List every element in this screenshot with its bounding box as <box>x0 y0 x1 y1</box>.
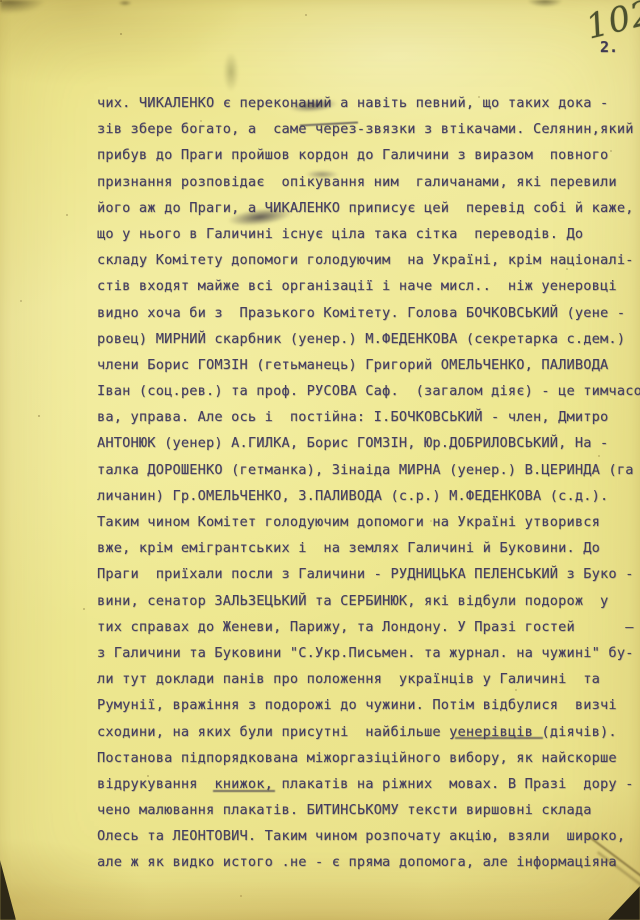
text-line: признання розповідає опікування ним гали… <box>97 169 637 195</box>
ink-smudge <box>223 52 239 92</box>
text-line: тих справах до Женеви, Парижу, та Лондон… <box>97 614 637 640</box>
underline-mark <box>213 790 275 792</box>
text-line: Олесь та ЛЕОНТОВИЧ. Таким чином розпочат… <box>97 823 637 849</box>
underline-mark <box>455 737 543 739</box>
text-line: Праги приїхали посли з Галичини - РУДНИЦ… <box>97 561 637 587</box>
top-left-stain <box>0 0 46 14</box>
typed-text-block: чих. ЧИКАЛЕНКО є переконаний а навіть пе… <box>97 90 637 876</box>
text-line: відрукування книжок, плакатів на ріжних … <box>97 771 637 797</box>
scanned-paper-background: 102 2. чих. ЧИКАЛЕНКО є переконаний а на… <box>0 0 640 920</box>
top-right-stain <box>528 0 562 7</box>
text-line: ли тут доклади панів про положення украї… <box>97 666 637 692</box>
text-line: складу Комітету допомоги голодуючим на У… <box>97 247 637 273</box>
text-line: Румунії, вражіння з подорожі до чужини. … <box>97 692 637 718</box>
text-line: його аж до Праги, а ЧИКАЛЕНКО приписує ц… <box>97 195 637 221</box>
text-line: чено малювання плакатів. БИТИНСЬКОМУ тек… <box>97 797 637 823</box>
text-line: ровец) МИРНИЙ скарбник (уенер.) М.ФЕДЕНК… <box>97 326 637 352</box>
text-line: з Галичини та Буковини "С.Укр.Письмен. т… <box>97 640 637 666</box>
text-line: личанин) Гр.ОМЕЛЬЧЕНКО, З.ПАЛИВОДА (с.р.… <box>97 483 637 509</box>
text-line: прибув до Праги пройшов кордон до Галичи… <box>97 142 637 168</box>
ink-smudge <box>305 170 339 179</box>
bottom-edge-shading <box>0 882 640 920</box>
text-line: але ж як видко истого .не - є пряма допо… <box>97 849 637 875</box>
typed-page-number: 2. <box>600 38 618 56</box>
text-line: зів збере богато, а саме через-звязки з … <box>97 116 637 142</box>
top-edge-stain <box>118 0 132 6</box>
text-line: сходини, на яких були присутні найбільше… <box>97 719 637 745</box>
text-line: Постанова підпорядкована міжоргазіційног… <box>97 745 637 771</box>
text-line: талка ДОРОШЕНКО (гетманка), Зінаіда МИРН… <box>97 457 637 483</box>
text-line: видно хоча би з Празького Комітету. Голо… <box>97 300 637 326</box>
text-line: вини, сенатор ЗАЛЬЗЕЦЬКИЙ та СЕРБИНЮК, я… <box>97 588 637 614</box>
text-line: вже, крім емігрантських і на землях Гали… <box>97 535 637 561</box>
text-line: Таким чином Комітет голодуючим допомоги … <box>97 509 637 535</box>
text-line: Іван (соц.рев.) та проф. РУСОВА Саф. (за… <box>97 378 637 404</box>
text-line: чих. ЧИКАЛЕНКО є переконаний а навіть пе… <box>97 90 637 116</box>
text-line: стів входят майже всі організації і наче… <box>97 273 637 299</box>
text-line: ва, управа. Але ось і постійна: І.БОЧКОВ… <box>97 404 637 430</box>
text-line: члени Борис ГОМЗІН (гетьманець) Григорий… <box>97 352 637 378</box>
text-line: АНТОНЮК (уенер) А.ГИЛКА, Борис ГОМЗІН, Ю… <box>97 430 637 456</box>
text-line: що у нього в Галичині існує ціла така сі… <box>97 221 637 247</box>
